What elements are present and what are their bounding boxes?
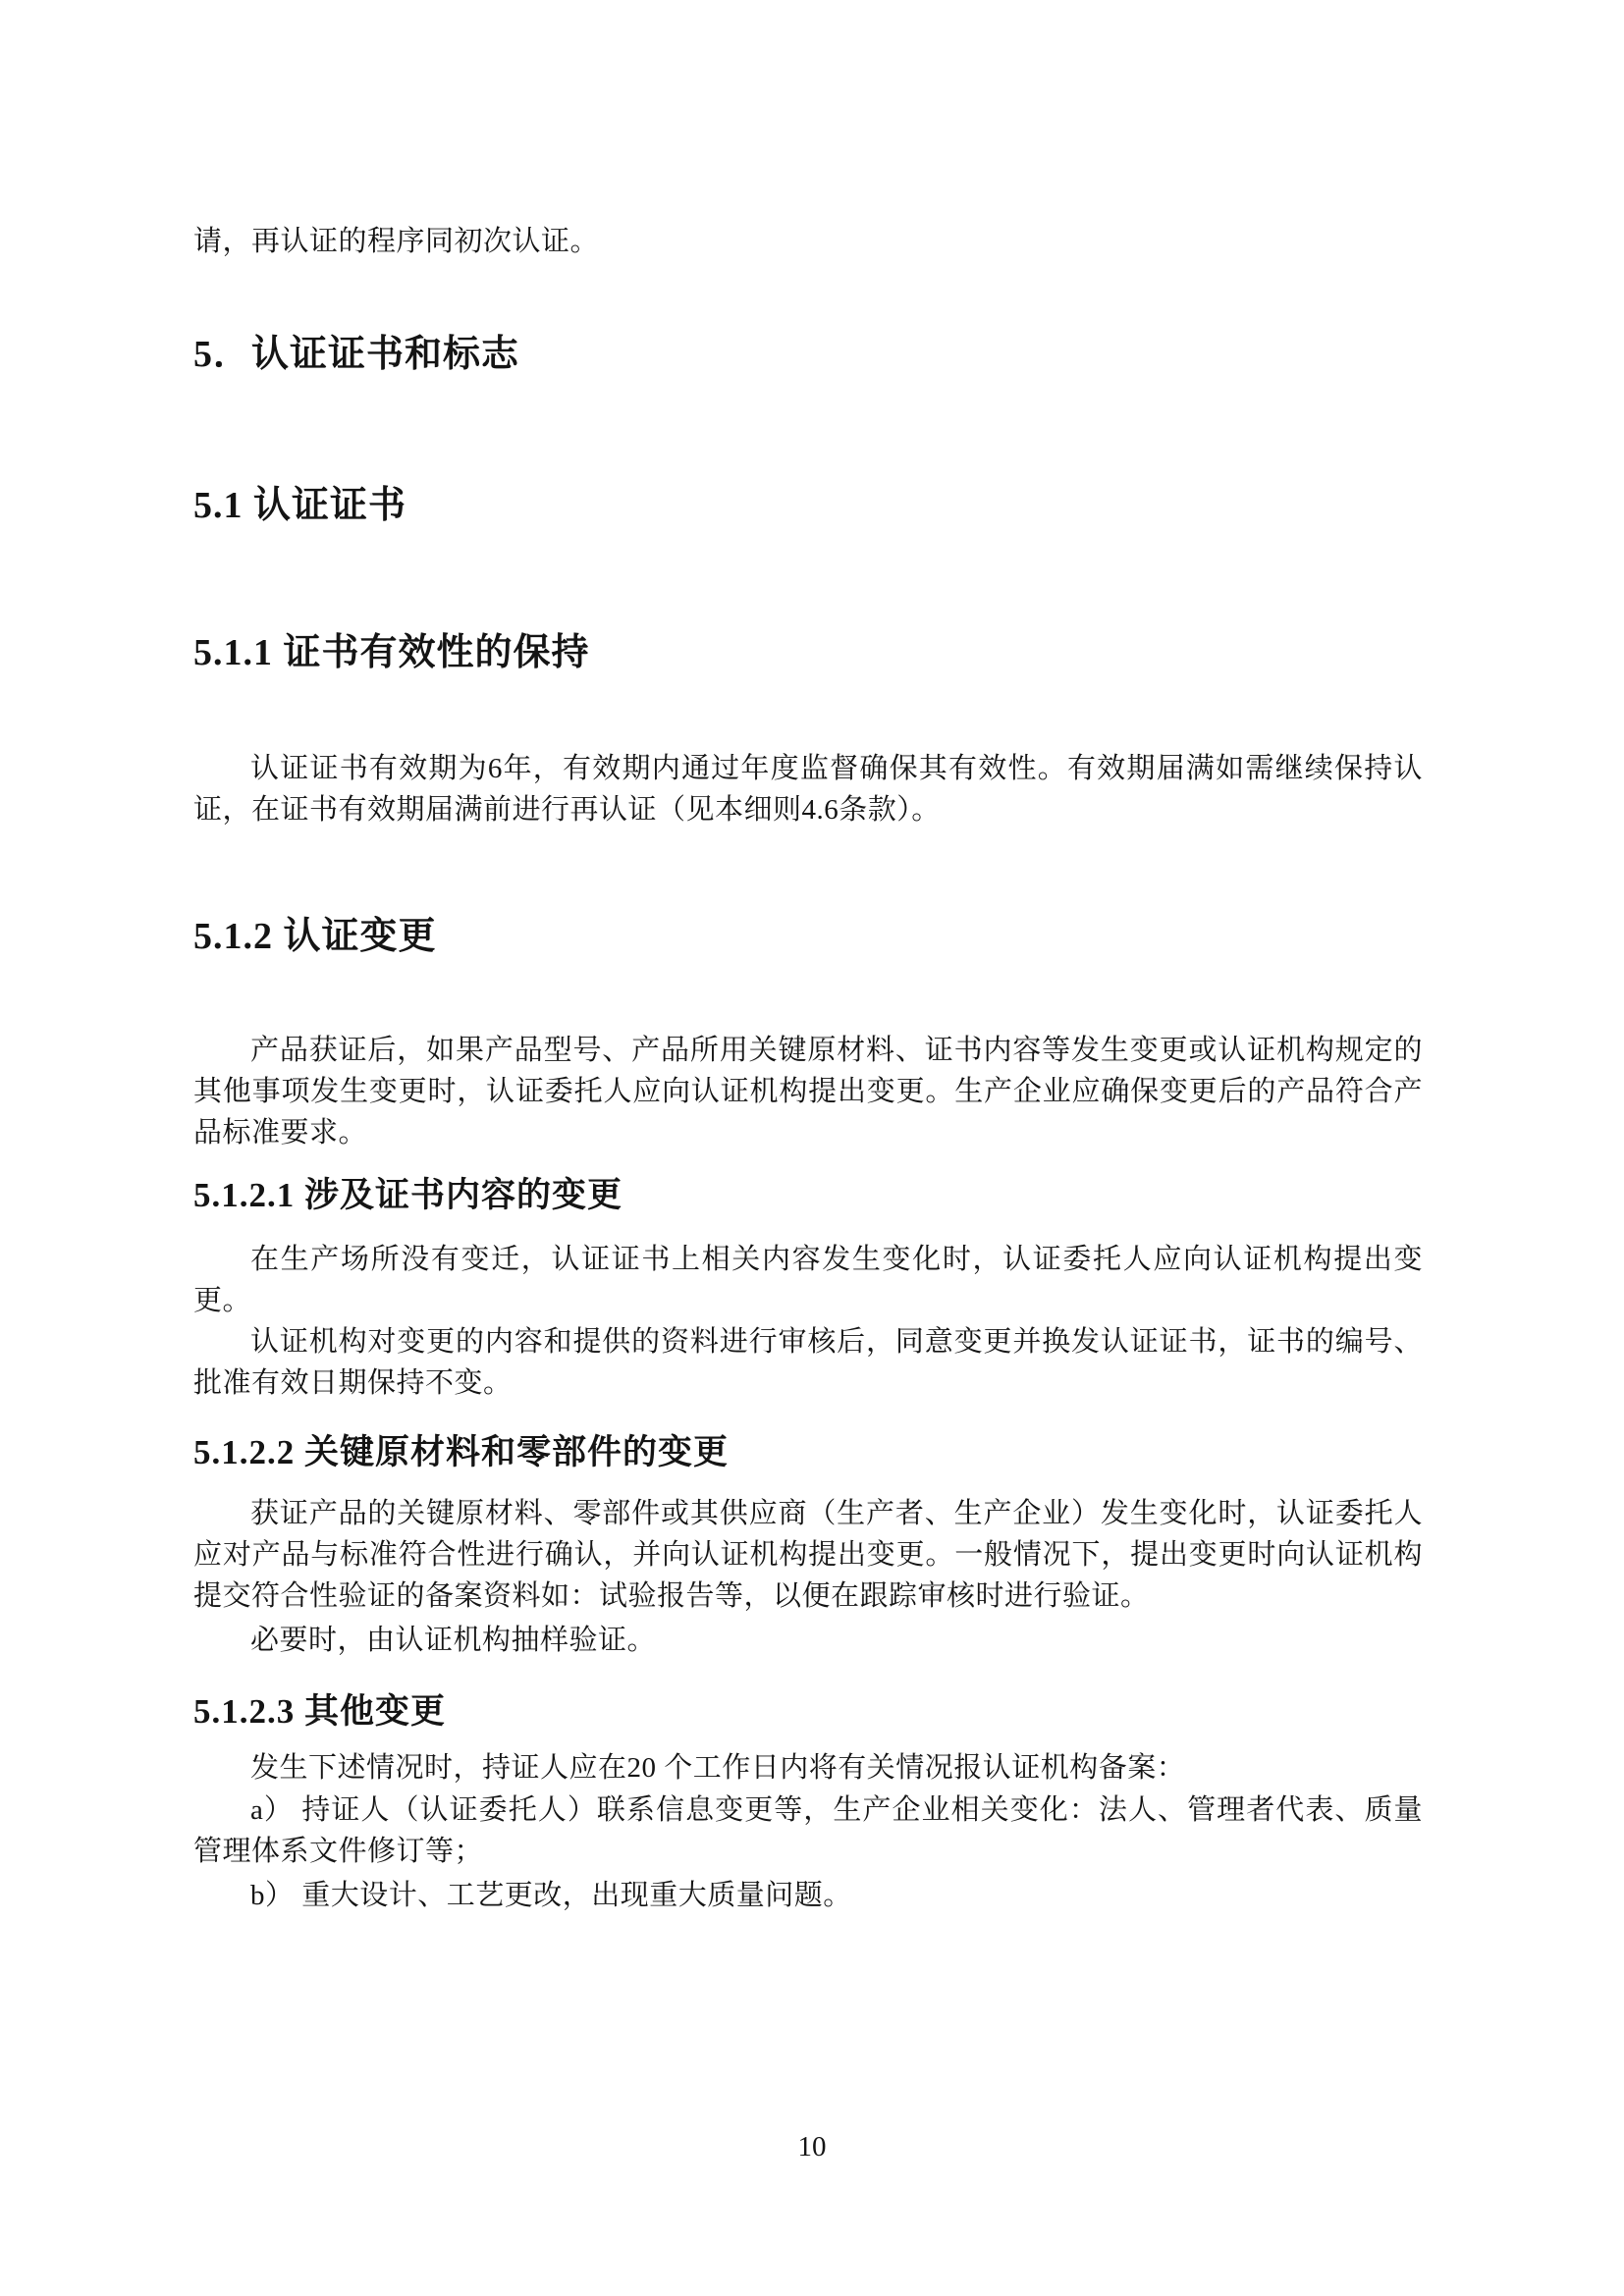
document-page: 请，再认证的程序同初次认证。5．认证证书和标志5.1 认证证书5.1.1 证书有… <box>0 0 1624 2296</box>
heading-5-1-2: 5.1.2 认证变更 <box>193 911 1423 963</box>
heading-5-1-2-3: 5.1.2.3 其他变更 <box>193 1688 1423 1735</box>
list-item-a: a） 持证人（认证委托人）联系信息变更等，生产企业相关变化：法人、管理者代表、质… <box>193 1789 1423 1872</box>
paragraph-5-1-2-2-a: 获证产品的关键原材料、零部件或其供应商（生产者、生产企业）发生变化时，认证委托人… <box>193 1493 1423 1617</box>
paragraph-5-1-2-1-a: 在生产场所没有变迁，认证证书上相关内容发生变化时，认证委托人应向认证机构提出变更… <box>193 1239 1423 1321</box>
paragraph-5-1-2-1-b: 认证机构对变更的内容和提供的资料进行审核后，同意变更并换发认证证书，证书的编号、… <box>193 1321 1423 1404</box>
heading-5-1-1: 5.1.1 证书有效性的保持 <box>193 627 1423 679</box>
paragraph-5-1-2-2-b: 必要时，由认证机构抽样验证。 <box>193 1620 1423 1661</box>
heading-5-1: 5.1 认证证书 <box>193 480 1423 532</box>
document-content: 请，再认证的程序同初次认证。5．认证证书和标志5.1 认证证书5.1.1 证书有… <box>193 221 1423 1916</box>
paragraph-5-1-2: 产品获证后，如果产品型号、产品所用关键原材料、证书内容等发生变更或认证机构规定的… <box>193 1030 1423 1153</box>
paragraph-5-1-2-3-intro: 发生下述情况时，持证人应在20 个工作日内将有关情况报认证机构备案： <box>193 1747 1423 1789</box>
heading-5-1-2-1: 5.1.2.1 涉及证书内容的变更 <box>193 1172 1423 1219</box>
paragraph-continuation: 请，再认证的程序同初次认证。 <box>193 221 1423 262</box>
page-number: 10 <box>0 2130 1624 2163</box>
heading-5-1-2-2: 5.1.2.2 关键原材料和零部件的变更 <box>193 1429 1423 1476</box>
list-item-b: b） 重大设计、工艺更改，出现重大质量问题。 <box>193 1875 1423 1916</box>
heading-5: 5．认证证书和标志 <box>193 329 1423 381</box>
paragraph-5-1-1: 认证证书有效期为6年，有效期内通过年度监督确保其有效性。有效期届满如需继续保持认… <box>193 748 1423 830</box>
